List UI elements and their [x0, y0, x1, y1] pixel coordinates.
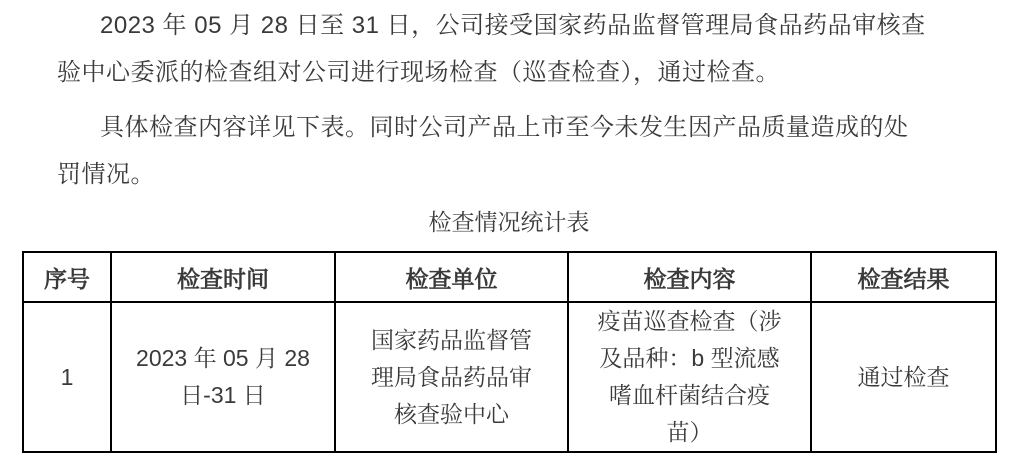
paragraph-inspection-details: 具体检查内容详见下表。同时公司产品上市至今未发生因产品质量造成的处 罚情况。: [57, 104, 992, 198]
header-inspection-result: 检查结果: [811, 252, 996, 302]
inspection-statistics-table: 序号 检查时间 检查单位 检查内容 检查结果 1 2023 年 05 月 28 …: [22, 251, 997, 453]
cell-inspection-result: 通过检查: [811, 302, 996, 452]
cell-index: 1: [23, 302, 111, 452]
header-inspection-unit: 检查单位: [335, 252, 568, 302]
document-page: 2023 年 05 月 28 日至 31 日，公司接受国家药品监督管理局食品药品…: [0, 0, 1018, 469]
cell-inspection-time: 2023 年 05 月 28 日-31 日: [111, 302, 335, 452]
header-inspection-content: 检查内容: [568, 252, 811, 302]
cell-inspection-unit: 国家药品监督管 理局食品药品审 核查验中心: [335, 302, 568, 452]
table-row: 1 2023 年 05 月 28 日-31 日 国家药品监督管 理局食品药品审 …: [23, 302, 996, 452]
table-header-row: 序号 检查时间 检查单位 检查内容 检查结果: [23, 252, 996, 302]
header-index: 序号: [23, 252, 111, 302]
cell-inspection-content: 疫苗巡查检查（涉 及品种：b 型流感 嗜血杆菌结合疫 苗）: [568, 302, 811, 452]
paragraph-inspection-dates: 2023 年 05 月 28 日至 31 日，公司接受国家药品监督管理局食品药品…: [57, 2, 992, 96]
header-inspection-time: 检查时间: [111, 252, 335, 302]
table-title: 检查情况统计表: [0, 207, 1018, 237]
